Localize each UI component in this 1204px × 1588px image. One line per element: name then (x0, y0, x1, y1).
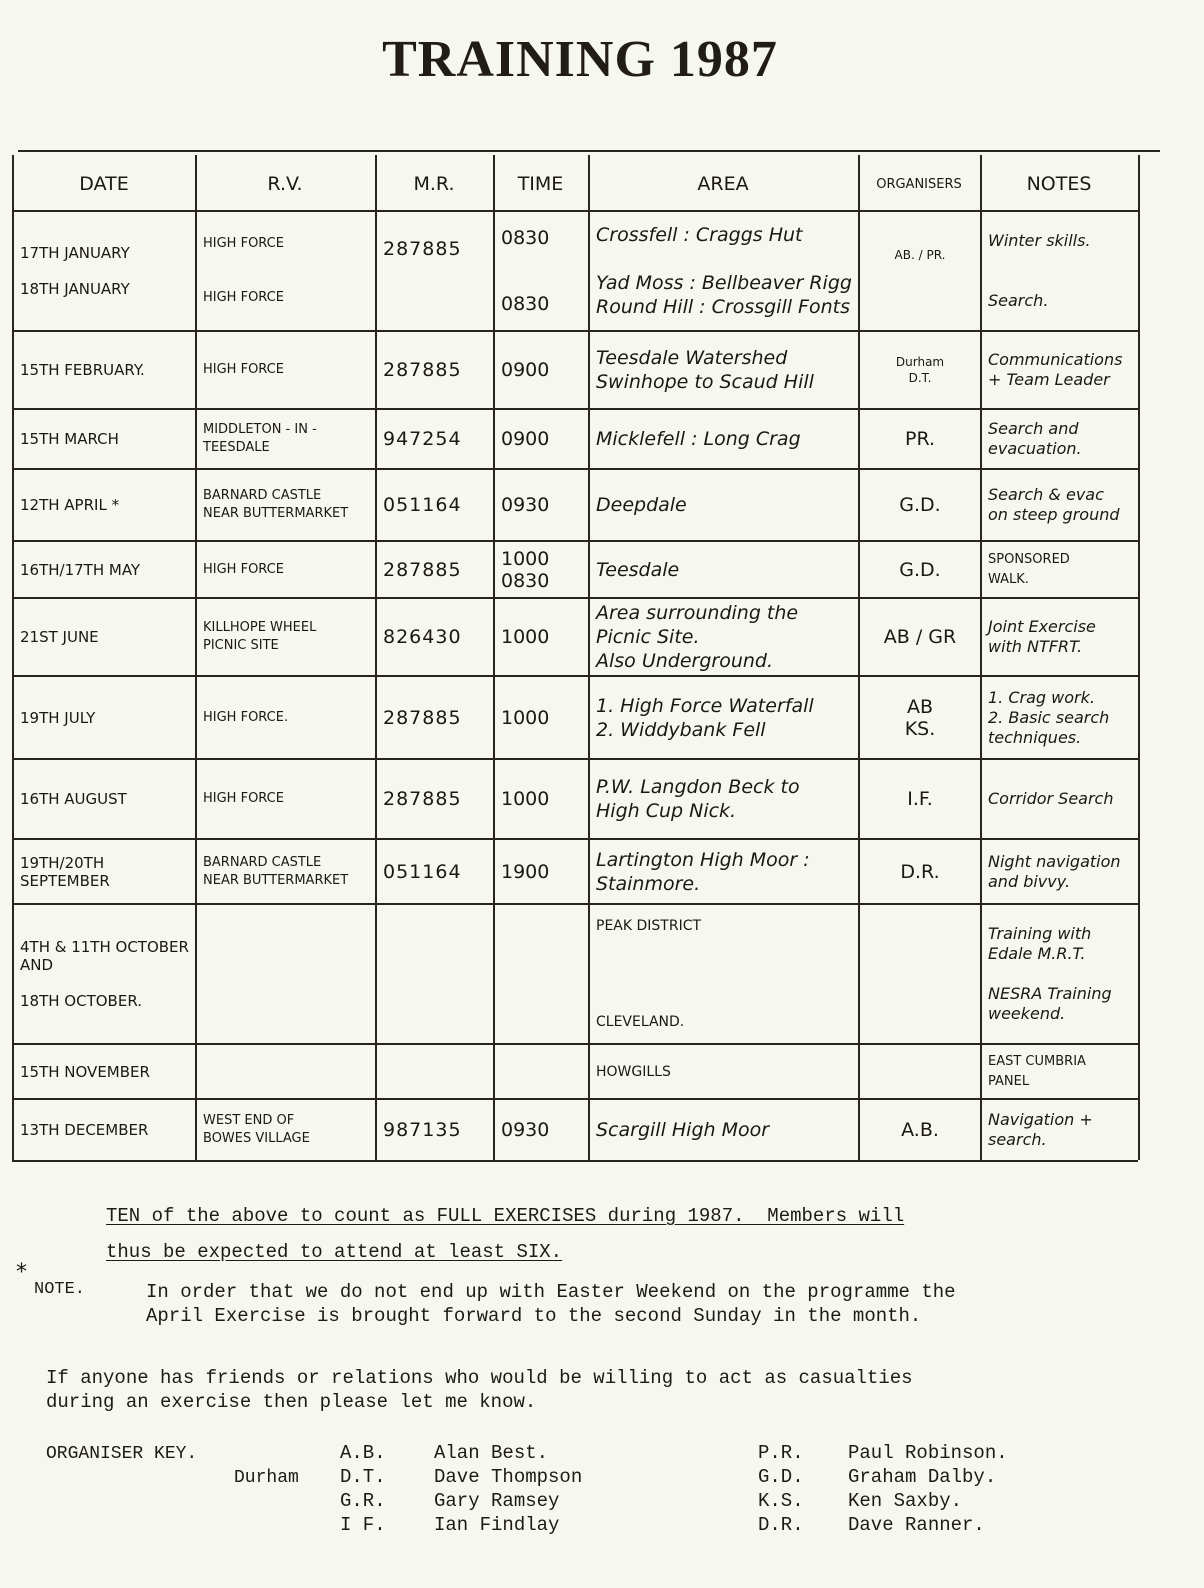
table-cell-date: 12th April * (14, 470, 195, 540)
table-cell-time: 1000 0830 (495, 542, 588, 597)
table-cell-area: Teesdale Watershed Swinhope to Scaud Hil… (590, 332, 858, 408)
table-cell-date: 19th July (14, 677, 195, 758)
table-cell-time: 1000 (495, 677, 588, 758)
table-cell-time: 0830 0830 (495, 212, 588, 330)
table-cell-area: Howgills (590, 1045, 858, 1098)
table-cell-rv: Barnard Castle Near Buttermarket (197, 840, 375, 903)
table-cell-rv: Middleton - in - Teesdale (197, 410, 375, 468)
note-label: NOTE. (34, 1278, 85, 1302)
casualties-line-1: If anyone has friends or relations who w… (46, 1366, 913, 1390)
table-cell-area: Scargill High Moor (590, 1100, 858, 1160)
table-cell-mr: 051164 (377, 840, 493, 903)
table-cell-area: Teesdale (590, 542, 858, 597)
table-cell-mr: 826430 (377, 599, 493, 675)
note-line-1: In order that we do not end up with East… (146, 1280, 956, 1304)
organiser-key-label: ORGANISER KEY. (46, 1442, 197, 1466)
table-cell-organisers (860, 905, 980, 1043)
table-cell-area: Crossfell : Craggs Hut Yad Moss : Bellbe… (590, 212, 858, 330)
organiser-code: G.D. (758, 1466, 804, 1488)
organiser-code: D.T. (340, 1466, 386, 1488)
table-cell-area: Peak District Cleveland. (590, 905, 858, 1043)
table-cell-organisers: AB / GR (860, 599, 980, 675)
table-cell-organisers: I.F. (860, 760, 980, 838)
table-cell-date: 21st June (14, 599, 195, 675)
table-cell-date: 16th August (14, 760, 195, 838)
header-mr: M.R. (376, 158, 492, 210)
table-cell-notes: Training with Edale M.R.T. NESRA Trainin… (982, 905, 1138, 1043)
header-rv: R.V. (196, 158, 374, 210)
table-cell-mr: 947254 (377, 410, 493, 468)
table-cell-notes: Search & evac on steep ground (982, 470, 1138, 540)
organiser-name: Dave Ranner. (848, 1514, 985, 1536)
table-cell-notes: East Cumbria Panel (982, 1045, 1138, 1098)
table-cell-mr: 287885 (377, 212, 493, 330)
organiser-name: Ken Saxby. (848, 1490, 962, 1512)
organiser-name: Gary Ramsey (434, 1490, 559, 1512)
table-cell-area: Deepdale (590, 470, 858, 540)
table-cell-mr: 051164 (377, 470, 493, 540)
table-cell-area: 1. High Force Waterfall 2. Widdybank Fel… (590, 677, 858, 758)
training-table: DATE R.V. M.R. TIME AREA ORGANISERS NOTE… (0, 0, 1204, 1200)
table-cell-date: 15th March (14, 410, 195, 468)
table-cell-rv: Barnard Castle Near Buttermarket (197, 470, 375, 540)
table-cell-organisers (860, 1045, 980, 1098)
table-cell-mr (377, 905, 493, 1043)
table-cell-date: 4th & 11th October And 18th October. (14, 905, 195, 1043)
table-cell-area: Lartington High Moor : Stainmore. (590, 840, 858, 903)
table-cell-date: 17th January 18th January (14, 212, 195, 330)
table-cell-time: 1900 (495, 840, 588, 903)
table-cell-notes: Sponsored Walk. (982, 542, 1138, 597)
table-cell-rv (197, 1045, 375, 1098)
header-area: AREA (589, 158, 857, 210)
organiser-name: Alan Best. (434, 1442, 548, 1464)
header-date: DATE (14, 158, 194, 210)
table-cell-notes: 1. Crag work. 2. Basic search techniques… (982, 677, 1138, 758)
organiser-code: D.R. (758, 1514, 804, 1536)
table-cell-rv: High Force High Force (197, 212, 375, 330)
organiser-code: I F. (340, 1514, 386, 1536)
table-cell-mr: 987135 (377, 1100, 493, 1160)
table-cell-organisers: G.D. (860, 470, 980, 540)
full-exercises-line-1: TEN of the above to count as FULL EXERCI… (106, 1204, 904, 1228)
table-cell-rv (197, 905, 375, 1043)
organiser-code: A.B. (340, 1442, 386, 1464)
table-cell-organisers: A.B. (860, 1100, 980, 1160)
asterisk-mark: * (16, 1260, 27, 1285)
table-cell-notes: Winter skills. Search. (982, 212, 1138, 330)
table-cell-organisers: AB KS. (860, 677, 980, 758)
table-cell-organisers: G.D. (860, 542, 980, 597)
organiser-code: P.R. (758, 1442, 804, 1464)
table-cell-area: Area surrounding the Picnic Site. Also U… (590, 599, 858, 675)
table-cell-time: 0930 (495, 1100, 588, 1160)
table-cell-notes: Corridor Search (982, 760, 1138, 838)
table-cell-mr: 287885 (377, 677, 493, 758)
table-cell-time: 1000 (495, 760, 588, 838)
table-cell-area: Micklefell : Long Crag (590, 410, 858, 468)
table-cell-time: 0900 (495, 332, 588, 408)
table-cell-rv: High Force (197, 542, 375, 597)
organiser-name: Dave Thompson (434, 1466, 582, 1488)
table-cell-mr: 287885 (377, 332, 493, 408)
table-cell-date: 15th February. (14, 332, 195, 408)
table-cell-rv: Killhope Wheel Picnic Site (197, 599, 375, 675)
table-cell-time (495, 905, 588, 1043)
header-notes: NOTES (981, 158, 1137, 210)
header-time: TIME (494, 158, 587, 210)
table-cell-rv: High Force (197, 760, 375, 838)
note-line-2: April Exercise is brought forward to the… (146, 1304, 921, 1328)
table-cell-notes: Search and evacuation. (982, 410, 1138, 468)
table-cell-notes: Night navigation and bivvy. (982, 840, 1138, 903)
table-cell-time: 0930 (495, 470, 588, 540)
table-cell-notes: Joint Exercise with NTFRT. (982, 599, 1138, 675)
table-cell-organisers: Durham D.T. (860, 332, 980, 408)
table-column-divider (1138, 155, 1140, 1160)
table-cell-organisers: AB. / PR. (860, 212, 980, 330)
organiser-name: Graham Dalby. (848, 1466, 996, 1488)
table-cell-date: 19th/20th September (14, 840, 195, 903)
table-row-divider (12, 1160, 1138, 1162)
table-cell-mr: 287885 (377, 542, 493, 597)
table-cell-area: P.W. Langdon Beck to High Cup Nick. (590, 760, 858, 838)
table-cell-mr: 287885 (377, 760, 493, 838)
table-cell-rv: West End of Bowes Village (197, 1100, 375, 1160)
table-cell-date: 13th December (14, 1100, 195, 1160)
organiser-name: Paul Robinson. (848, 1442, 1008, 1464)
organiser-code: G.R. (340, 1490, 386, 1512)
table-cell-rv: High Force (197, 332, 375, 408)
table-cell-organisers: PR. (860, 410, 980, 468)
table-cell-time: 0900 (495, 410, 588, 468)
header-organisers: ORGANISERS (859, 158, 979, 210)
table-cell-time: 1000 (495, 599, 588, 675)
durham-label: Durham (234, 1466, 299, 1490)
table-cell-date: 15th November (14, 1045, 195, 1098)
table-cell-mr (377, 1045, 493, 1098)
table-cell-time (495, 1045, 588, 1098)
organiser-name: Ian Findlay (434, 1514, 559, 1536)
table-cell-notes: Navigation + search. (982, 1100, 1138, 1160)
full-exercises-line-2: thus be expected to attend at least SIX. (106, 1240, 562, 1264)
table-cell-date: 16th/17th May (14, 542, 195, 597)
table-cell-notes: Communications + Team Leader (982, 332, 1138, 408)
casualties-line-2: during an exercise then please let me kn… (46, 1390, 536, 1414)
organiser-code: K.S. (758, 1490, 804, 1512)
table-cell-organisers: D.R. (860, 840, 980, 903)
table-cell-rv: High Force. (197, 677, 375, 758)
